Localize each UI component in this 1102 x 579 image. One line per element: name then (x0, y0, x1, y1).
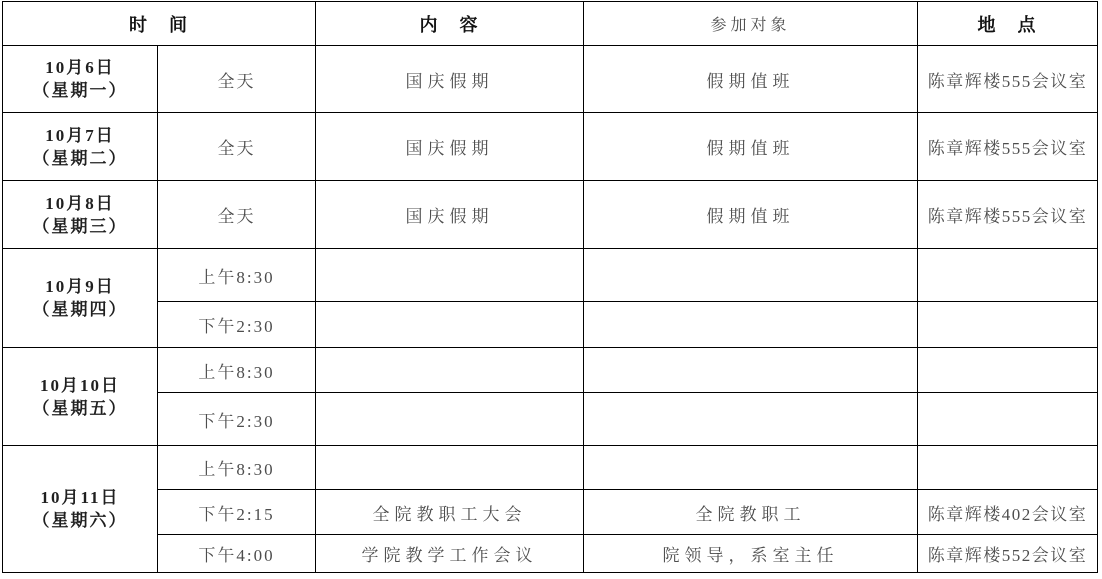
content-cell (316, 393, 584, 446)
header-time: 时 间 (3, 2, 316, 46)
content-cell (316, 348, 584, 393)
header-participants: 参加对象 (584, 2, 918, 46)
participants-cell (584, 249, 918, 302)
location-cell: 陈章辉楼552会议室 (918, 535, 1098, 573)
location-cell (918, 393, 1098, 446)
content-cell (316, 249, 584, 302)
time-cell: 下午2:15 (158, 490, 316, 535)
row-oct11-morning: 10月11日 （星期六） 上午8:30 (3, 446, 1098, 490)
content-cell: 学院教学工作会议 (316, 535, 584, 573)
row-oct10-afternoon: 下午2:30 (3, 393, 1098, 446)
content-cell: 国庆假期 (316, 113, 584, 181)
header-location: 地 点 (918, 2, 1098, 46)
time-cell: 全天 (158, 181, 316, 249)
date-text: 10月8日 (3, 192, 157, 215)
time-cell: 下午4:00 (158, 535, 316, 573)
date-cell-oct8: 10月8日 （星期三） (3, 181, 158, 249)
schedule-table: 时 间 内 容 参加对象 地 点 10月6日 （星期一） 全天 国庆假期 假期值… (2, 1, 1098, 573)
location-cell (918, 302, 1098, 348)
date-cell-oct7: 10月7日 （星期二） (3, 113, 158, 181)
participants-cell: 全院教职工 (584, 490, 918, 535)
weekday-text: （星期一） (3, 79, 157, 102)
content-cell: 国庆假期 (316, 46, 584, 113)
page: 时 间 内 容 参加对象 地 点 10月6日 （星期一） 全天 国庆假期 假期值… (0, 0, 1102, 579)
participants-cell (584, 302, 918, 348)
date-cell-oct6: 10月6日 （星期一） (3, 46, 158, 113)
participants-cell: 假期值班 (584, 113, 918, 181)
participants-cell (584, 446, 918, 490)
row-oct7: 10月7日 （星期二） 全天 国庆假期 假期值班 陈章辉楼555会议室 (3, 113, 1098, 181)
content-cell: 全院教职工大会 (316, 490, 584, 535)
content-cell (316, 302, 584, 348)
location-cell: 陈章辉楼555会议室 (918, 181, 1098, 249)
time-cell: 全天 (158, 46, 316, 113)
row-oct11-meeting1: 下午2:15 全院教职工大会 全院教职工 陈章辉楼402会议室 (3, 490, 1098, 535)
row-oct10-morning: 10月10日 （星期五） 上午8:30 (3, 348, 1098, 393)
row-oct8: 10月8日 （星期三） 全天 国庆假期 假期值班 陈章辉楼555会议室 (3, 181, 1098, 249)
location-cell (918, 249, 1098, 302)
weekday-text: （星期六） (3, 509, 157, 532)
time-cell: 上午8:30 (158, 348, 316, 393)
weekday-text: （星期二） (3, 147, 157, 170)
date-cell-oct9: 10月9日 （星期四） (3, 249, 158, 348)
time-cell: 全天 (158, 113, 316, 181)
time-cell: 上午8:30 (158, 446, 316, 490)
date-text: 10月7日 (3, 124, 157, 147)
location-cell (918, 348, 1098, 393)
location-cell: 陈章辉楼555会议室 (918, 46, 1098, 113)
time-cell: 下午2:30 (158, 393, 316, 446)
date-text: 10月9日 (3, 275, 157, 298)
date-text: 10月11日 (3, 486, 157, 509)
location-cell: 陈章辉楼555会议室 (918, 113, 1098, 181)
row-oct6: 10月6日 （星期一） 全天 国庆假期 假期值班 陈章辉楼555会议室 (3, 46, 1098, 113)
location-cell (918, 446, 1098, 490)
weekday-text: （星期五） (3, 397, 157, 420)
content-cell (316, 446, 584, 490)
row-oct9-morning: 10月9日 （星期四） 上午8:30 (3, 249, 1098, 302)
header-row: 时 间 内 容 参加对象 地 点 (3, 2, 1098, 46)
time-cell: 上午8:30 (158, 249, 316, 302)
weekday-text: （星期三） (3, 215, 157, 238)
date-cell-oct11: 10月11日 （星期六） (3, 446, 158, 573)
participants-cell (584, 348, 918, 393)
date-text: 10月10日 (3, 374, 157, 397)
row-oct11-meeting2: 下午4:00 学院教学工作会议 院领导，系室主任 陈章辉楼552会议室 (3, 535, 1098, 573)
time-cell: 下午2:30 (158, 302, 316, 348)
participants-cell: 假期值班 (584, 181, 918, 249)
participants-cell: 假期值班 (584, 46, 918, 113)
header-content: 内 容 (316, 2, 584, 46)
content-cell: 国庆假期 (316, 181, 584, 249)
row-oct9-afternoon: 下午2:30 (3, 302, 1098, 348)
participants-cell (584, 393, 918, 446)
location-cell: 陈章辉楼402会议室 (918, 490, 1098, 535)
participants-cell: 院领导，系室主任 (584, 535, 918, 573)
date-cell-oct10: 10月10日 （星期五） (3, 348, 158, 446)
weekday-text: （星期四） (3, 298, 157, 321)
date-text: 10月6日 (3, 56, 157, 79)
